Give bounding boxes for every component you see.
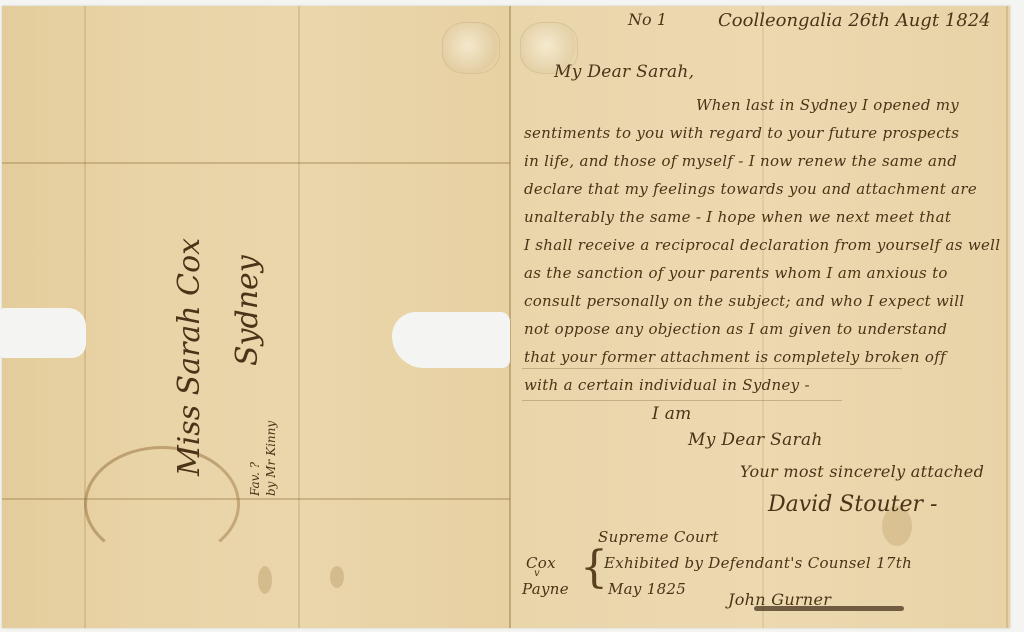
fold-line	[2, 162, 510, 164]
body-line: When last in Sydney I opened my	[696, 96, 959, 114]
recipient-name: Miss Sarah Cox	[172, 238, 207, 476]
stain-ring	[84, 446, 240, 562]
case-party-2: Payne	[522, 580, 569, 598]
signature-flourish	[754, 606, 904, 611]
letter-sheet: Miss Sarah Cox Sydney Fav. ? by Mr Kinny…	[2, 6, 1010, 628]
place-date: Coolleongalia 26th Augt 1824	[718, 10, 991, 31]
pencil-line	[522, 400, 842, 401]
letter-number: No 1	[628, 10, 667, 29]
body-line: declare that my feelings towards you and…	[524, 180, 977, 198]
body-line: sentiments to you with regard to your fu…	[524, 124, 959, 142]
torn-hole	[0, 308, 86, 358]
pencil-line	[522, 368, 902, 369]
salutation: My Dear Sarah,	[554, 62, 694, 82]
torn-hole	[392, 312, 510, 368]
fold-line	[2, 498, 510, 500]
stain	[330, 566, 344, 588]
body-line: that your former attachment is completel…	[524, 348, 946, 366]
carrier-note-2: by Mr Kinny	[264, 421, 278, 496]
body-line: I shall receive a reciprocal declaration…	[524, 236, 1000, 254]
body-line: in life, and those of myself - I now ren…	[524, 152, 957, 170]
body-line: unalterably the same - I hope when we ne…	[524, 208, 951, 226]
body-line: consult personally on the subject; and w…	[524, 292, 964, 310]
signature: David Stouter -	[768, 492, 937, 517]
fold-line	[298, 6, 300, 628]
wax-seal-impression	[442, 22, 500, 74]
body-line: with a certain individual in Sydney -	[524, 376, 810, 394]
exhibited-line: Exhibited by Defendant's Counsel 17th	[604, 554, 912, 572]
closing-line: Your most sincerely attached	[740, 462, 984, 481]
body-line: as the sanction of your parents whom I a…	[524, 264, 948, 282]
case-party-1: Cox	[526, 554, 556, 572]
closing-line: My Dear Sarah	[688, 430, 823, 450]
fold-line	[84, 6, 86, 628]
closing-line: I am	[652, 404, 692, 424]
body-line: not oppose any objection as I am given t…	[524, 320, 947, 338]
fold-line	[1006, 6, 1008, 628]
exhibited-date: May 1825	[608, 580, 686, 598]
case-versus: v	[534, 568, 540, 579]
court-name: Supreme Court	[598, 528, 719, 546]
carrier-note-1: Fav. ?	[248, 462, 262, 496]
stain	[258, 566, 272, 594]
recipient-city: Sydney	[230, 255, 265, 366]
